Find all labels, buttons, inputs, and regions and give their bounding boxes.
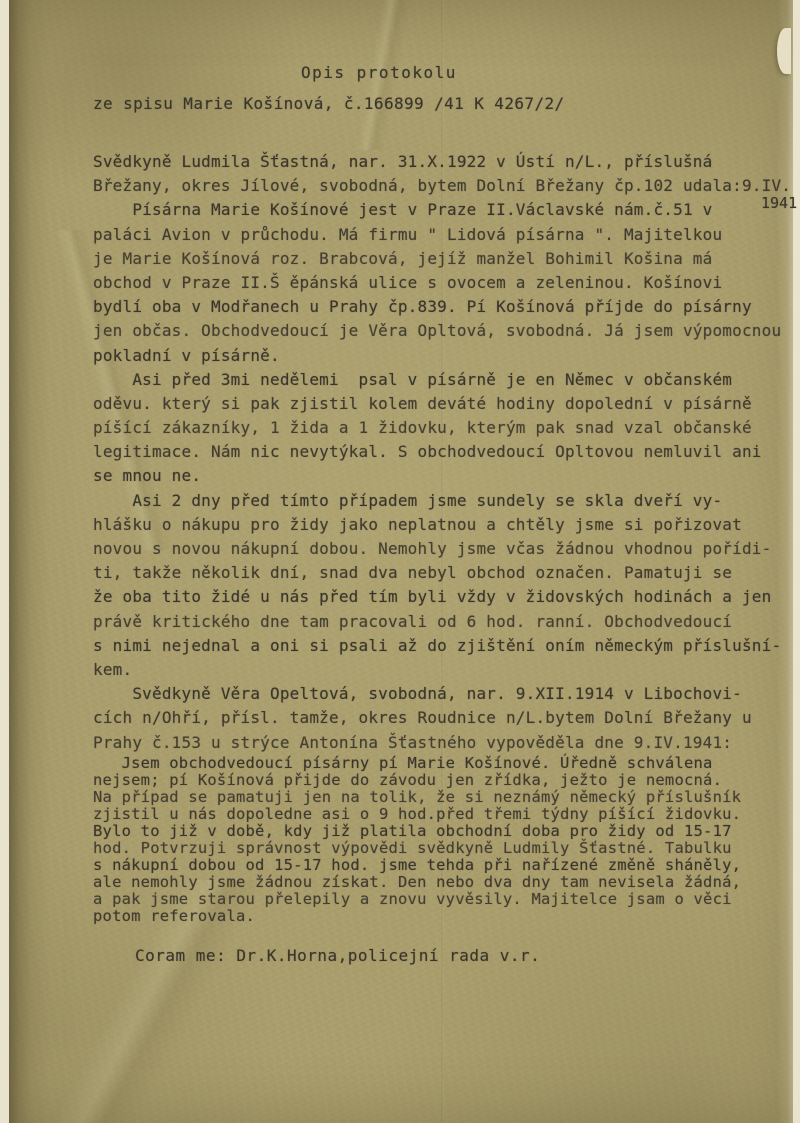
torn-edge-notch <box>777 28 791 74</box>
text-line: a pak jsme starou přelepily a znovu vyvě… <box>93 891 795 908</box>
text-line: ti, takže několik dní, snad dva nebyl ob… <box>93 561 795 585</box>
text-line: Asi před 3mi nedělemi psal v písárně je … <box>93 368 795 392</box>
paragraph: Svědkyně Ludmila Šťastná, nar. 31.X.1922… <box>93 150 795 198</box>
paragraph: Jsem obchodvedoucí písárny pí Marie Koší… <box>93 755 795 925</box>
text-line: s nimi nejednal a oni si psali až do zji… <box>93 634 795 658</box>
document-subtitle: ze spisu Marie Košínová, č.166899 /41 K … <box>93 94 565 113</box>
text-line: Svědkyně Ludmila Šťastná, nar. 31.X.1922… <box>93 150 795 174</box>
text-line: je Marie Košínová roz. Brabcová, jejíž m… <box>93 247 795 271</box>
text-line: potom referovala. <box>93 908 795 925</box>
text-line: novou s novou nákupní dobou. Nemohly jsm… <box>93 537 795 561</box>
text-line: Svědkyně Věra Opeltová, svobodná, nar. 9… <box>93 682 795 706</box>
document-body: Svědkyně Ludmila Šťastná, nar. 31.X.1922… <box>93 150 795 925</box>
scanned-document: Opis protokolu ze spisu Marie Košínová, … <box>0 0 800 1123</box>
text-line: zjistil u nás dopoledne asi o 9 hod.před… <box>93 806 795 823</box>
text-line: Písárna Marie Košínové jest v Praze II.V… <box>93 198 795 222</box>
signature-line: Coram me: Dr.K.Horna,policejní rada v.r. <box>135 946 540 965</box>
text-line: právě kritického dne tam pracovali od 6 … <box>93 610 795 634</box>
text-line: Bylo to již v době, kdy již platila obch… <box>93 823 795 840</box>
document-title: Opis protokolu <box>301 63 457 82</box>
text-line: Na případ se pamatuji jen na tolik, že s… <box>93 789 795 806</box>
text-line: se mnou ne. <box>93 464 795 488</box>
text-line: s nákupní dobou od 15-17 hod. jsme tehda… <box>93 857 795 874</box>
text-line: Prahy č.153 u strýce Antonína Šťastného … <box>93 731 795 755</box>
paragraph: Svědkyně Věra Opeltová, svobodná, nar. 9… <box>93 682 795 755</box>
paragraph: Písárna Marie Košínové jest v Praze II.V… <box>93 198 795 367</box>
text-line: Asi 2 dny před tímto případem jsme sunde… <box>93 489 795 513</box>
text-line: kem. <box>93 658 795 682</box>
text-line: bydlí oba v Modřanech u Prahy čp.839. Pí… <box>93 295 795 319</box>
text-line: legitimace. Nám nic nevytýkal. S obchodv… <box>93 440 795 464</box>
text-line: obchod v Praze II.Š ěpánská ulice s ovoc… <box>93 271 795 295</box>
text-line: hod. Potvrzuji správnost výpovědi svědky… <box>93 840 795 857</box>
paper-sheet: Opis protokolu ze spisu Marie Košínová, … <box>9 0 793 1123</box>
text-line: nejsem; pí Košínová přijde do závodu jen… <box>93 772 795 789</box>
text-line: píšící zákazníky, 1 žida a 1 židovku, kt… <box>93 416 795 440</box>
text-line: paláci Avion v průchodu. Má firmu " Lido… <box>93 223 795 247</box>
text-line: jen občas. Obchodvedoucí je Věra Opltová… <box>93 319 795 343</box>
text-line: hlášku o nákupu pro židy jako neplatnou … <box>93 513 795 537</box>
text-line: oděvu. který si pak zjistil kolem deváté… <box>93 392 795 416</box>
text-line: ale nemohly jsme žádnou získat. Den nebo… <box>93 874 795 891</box>
paragraph: Asi 2 dny před tímto případem jsme sunde… <box>93 489 795 683</box>
paragraph: Asi před 3mi nedělemi psal v písárně je … <box>93 368 795 489</box>
text-line: pokladní v písárně. <box>93 344 795 368</box>
text-line: že oba tito židé u nás před tím byli vžd… <box>93 585 795 609</box>
text-line: cích n/Ohří, přísl. tamže, okres Roudnic… <box>93 706 795 730</box>
text-line: Jsem obchodvedoucí písárny pí Marie Koší… <box>93 755 795 772</box>
text-line: Břežany, okres Jílové, svobodná, bytem D… <box>93 174 795 198</box>
